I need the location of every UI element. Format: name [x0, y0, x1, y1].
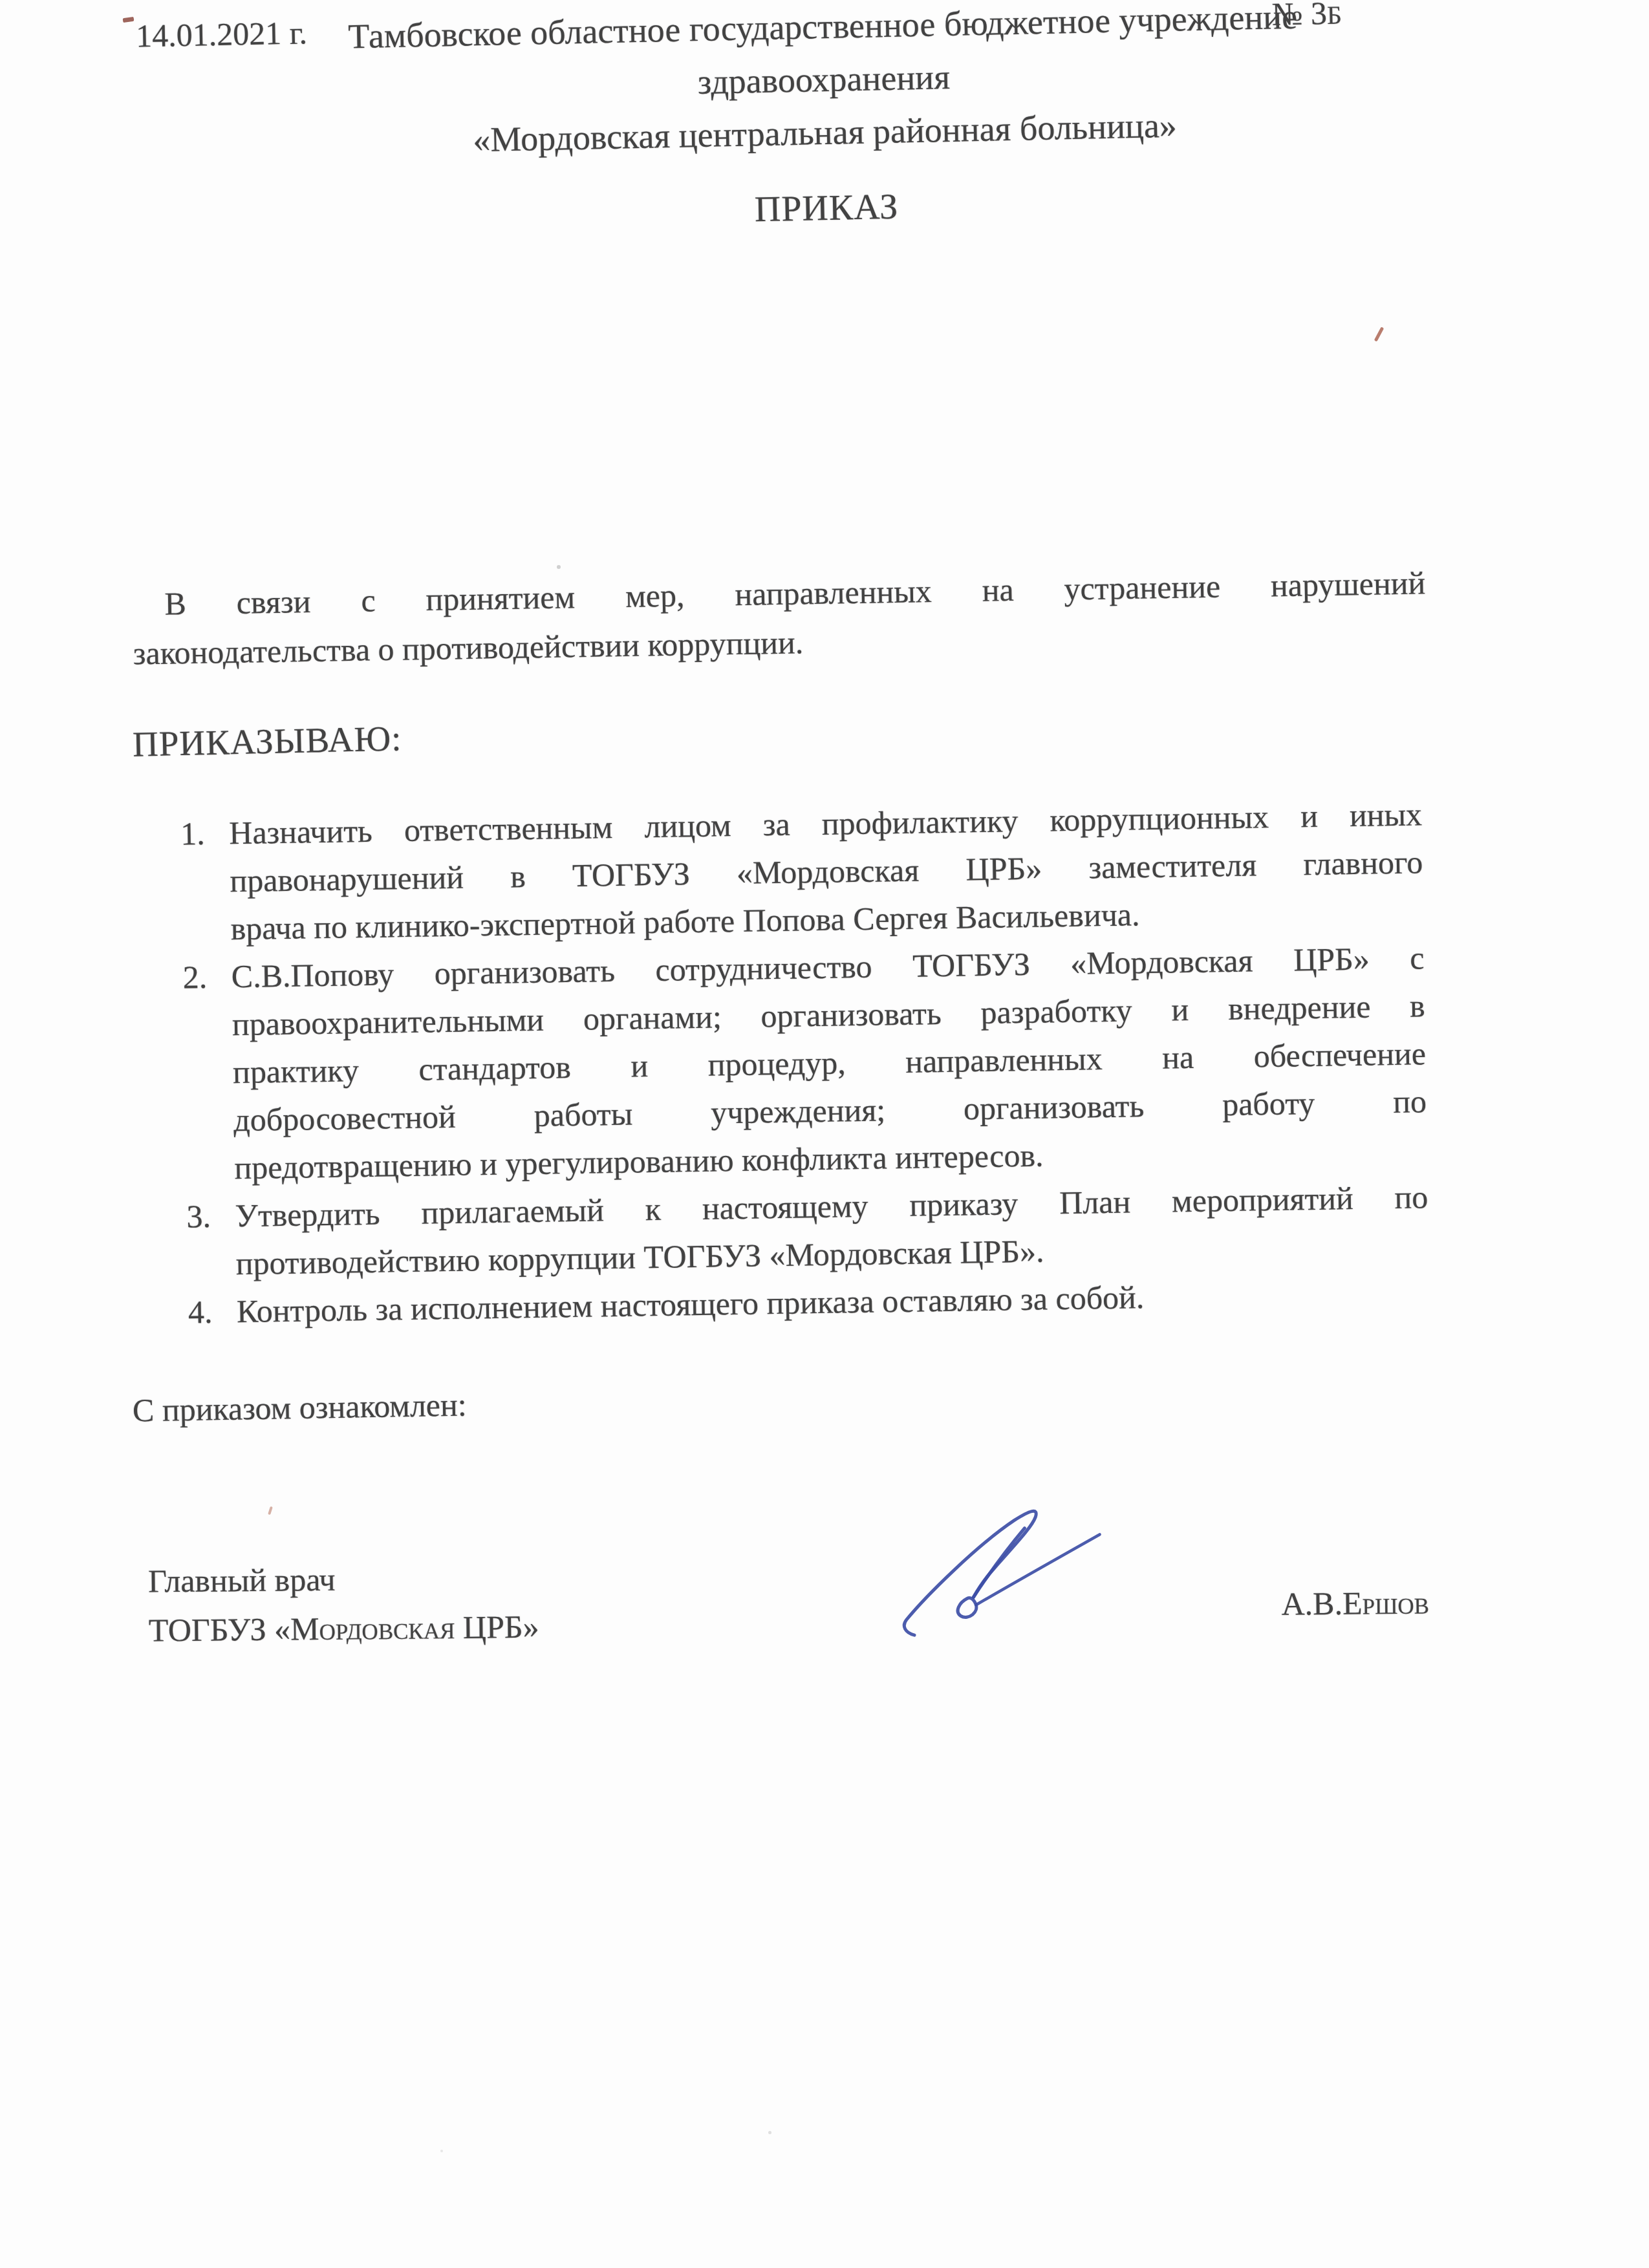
- scan-speck: [768, 2131, 771, 2134]
- signature-block: Главный врач ТОГБУЗ «Мордовская ЦРБ» А.В…: [148, 1544, 1436, 1724]
- item-number: 2.: [182, 953, 208, 1001]
- order-items-list: 1. Назначить ответственным лицом за проф…: [129, 790, 1430, 1336]
- scan-speck: [268, 1506, 273, 1515]
- order-item-1: 1. Назначить ответственным лицом за проф…: [129, 790, 1424, 954]
- preamble-paragraph: В связи с принятием мер, направленных на…: [132, 558, 1427, 678]
- signer-name: А.В.Ершов: [1281, 1578, 1429, 1629]
- acknowledgement-line: С приказом ознакомлен:: [132, 1382, 467, 1433]
- document-number-suffix: Б: [1326, 1, 1342, 30]
- item-number: 3.: [186, 1192, 211, 1241]
- scan-speck: [557, 565, 561, 569]
- signer-position: Главный врач ТОГБУЗ «Мордовская ЦРБ»: [148, 1553, 539, 1655]
- handwritten-signature: [898, 1505, 1112, 1643]
- document-number: № 3Б: [1271, 0, 1342, 39]
- document-date: 14.01.2021 г.: [135, 10, 307, 58]
- document-type-title: ПРИКАЗ: [2, 171, 1649, 244]
- item-number: 4.: [188, 1288, 213, 1336]
- scanned-order-document: Тамбовское областное государственное бюд…: [0, 0, 1649, 2268]
- order-item-2: 2. С.В.Попову организовать сотрудничеств…: [131, 934, 1428, 1193]
- scan-speck: [440, 2150, 443, 2152]
- item-number: 1.: [180, 809, 206, 858]
- signer-position-line-1: Главный врач: [148, 1553, 539, 1606]
- signer-position-line-2: ТОГБУЗ «Мордовская ЦРБ»: [149, 1602, 539, 1655]
- order-keyword: ПРИКАЗЫВАЮ:: [132, 716, 402, 767]
- scan-speck: [1374, 326, 1385, 342]
